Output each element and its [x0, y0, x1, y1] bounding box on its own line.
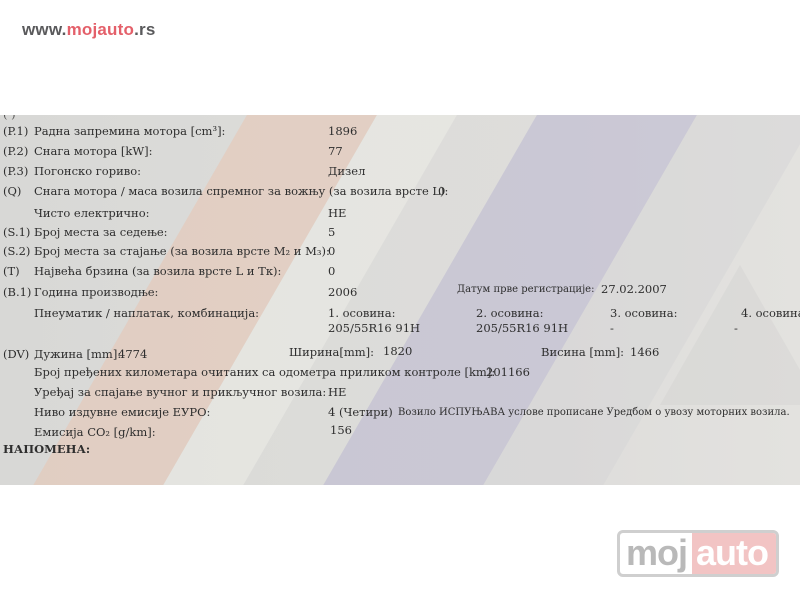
logo-part-moj: moj	[620, 533, 692, 574]
axle-4-value: -	[734, 321, 738, 335]
row-label: Година производње:	[34, 285, 158, 299]
width-label: Ширина[mm]:	[289, 345, 374, 359]
logo-part-auto: auto	[692, 533, 776, 574]
axle-4-label: 4. осовина	[741, 306, 800, 320]
dimensions-code: (DV)	[3, 347, 29, 361]
site-url[interactable]: www.mojauto.rs	[22, 20, 155, 40]
row-value: 77	[328, 144, 343, 158]
watermark-triangle	[660, 265, 800, 405]
row-value: Дизел	[328, 164, 365, 178]
url-suffix: .rs	[134, 20, 155, 39]
url-brand: mojauto	[67, 20, 135, 39]
axle-3-label: 3. осовина:	[610, 306, 677, 320]
row-label: Чисто електрично:	[34, 206, 150, 220]
row-code: (S.1)	[3, 225, 30, 239]
row-code: (B.1)	[3, 285, 31, 299]
axle-1-label: 1. осовина:	[328, 306, 395, 320]
row-label: Број места за седење:	[34, 225, 168, 239]
row-value: 5	[328, 225, 335, 239]
first-registration-label: Датум прве регистрације:	[457, 283, 594, 297]
axle-2-label: 2. осовина:	[476, 306, 543, 320]
length-label: Дужина [mm]:	[34, 347, 121, 361]
axle-2-value: 205/55R16 91H	[476, 321, 568, 335]
row-label: Погонско гориво:	[34, 164, 141, 178]
axle-3-value: -	[610, 321, 614, 335]
width-value: 1820	[383, 344, 412, 358]
row-label: Радна запремина мотора [cm³]:	[34, 124, 225, 138]
row-value: НЕ	[328, 206, 346, 220]
row-label: Снага мотора [kW]:	[34, 144, 153, 158]
remark-label: НАПОМЕНА:	[3, 442, 90, 456]
row-label: Највећа брзина (за возила врсте L и Tᴋ):	[34, 264, 281, 278]
mojauto-logo[interactable]: moj auto	[617, 530, 779, 577]
co2-label: Емисија CO₂ [g/km]:	[34, 425, 156, 439]
row-code: (P.3)	[3, 164, 28, 178]
odometer-label: Број пређених километара очитаних са одо…	[34, 365, 495, 379]
axle-1-value: 205/55R16 91H	[328, 321, 420, 335]
row-label: Снага мотора / маса возила спремног за в…	[34, 184, 448, 198]
row-value: 1896	[328, 124, 357, 138]
odometer-value: 201166	[486, 365, 530, 379]
row-value: 0	[328, 244, 335, 258]
height-value: 1466	[630, 345, 659, 359]
co2-value: 156	[330, 423, 352, 437]
cropped-line: (·) · · · · · · · · · · · · · · · · · · …	[3, 115, 220, 121]
first-registration-value: 27.02.2007	[601, 282, 667, 296]
row-value: 0	[328, 264, 335, 278]
url-prefix: www.	[22, 20, 67, 39]
row-value: 2006	[328, 285, 357, 299]
row-code: (S.2)	[3, 244, 30, 258]
tyres-label: Пнеуматик / наплатак, комбинација:	[34, 306, 259, 320]
row-code: (T)	[3, 264, 20, 278]
row-code: (P.1)	[3, 124, 28, 138]
row-value: 0	[438, 184, 445, 198]
coupling-value: НЕ	[328, 385, 346, 399]
height-label: Висина [mm]:	[541, 345, 624, 359]
euro-note: Возило ИСПУЊАВА услове прописане Уредбом…	[398, 406, 790, 420]
coupling-label: Уређај за спајање вучног и прикључног во…	[34, 385, 326, 399]
registration-document: (·) · · · · · · · · · · · · · · · · · · …	[0, 115, 800, 485]
row-code: (P.2)	[3, 144, 28, 158]
euro-value: 4 (Четири)	[328, 405, 393, 419]
length-value: 4774	[118, 347, 147, 361]
row-label: Број места за стајање (за возила врсте M…	[34, 244, 330, 258]
row-code: (Q)	[3, 184, 21, 198]
euro-label: Ниво издувне емисије ЕУРО:	[34, 405, 210, 419]
